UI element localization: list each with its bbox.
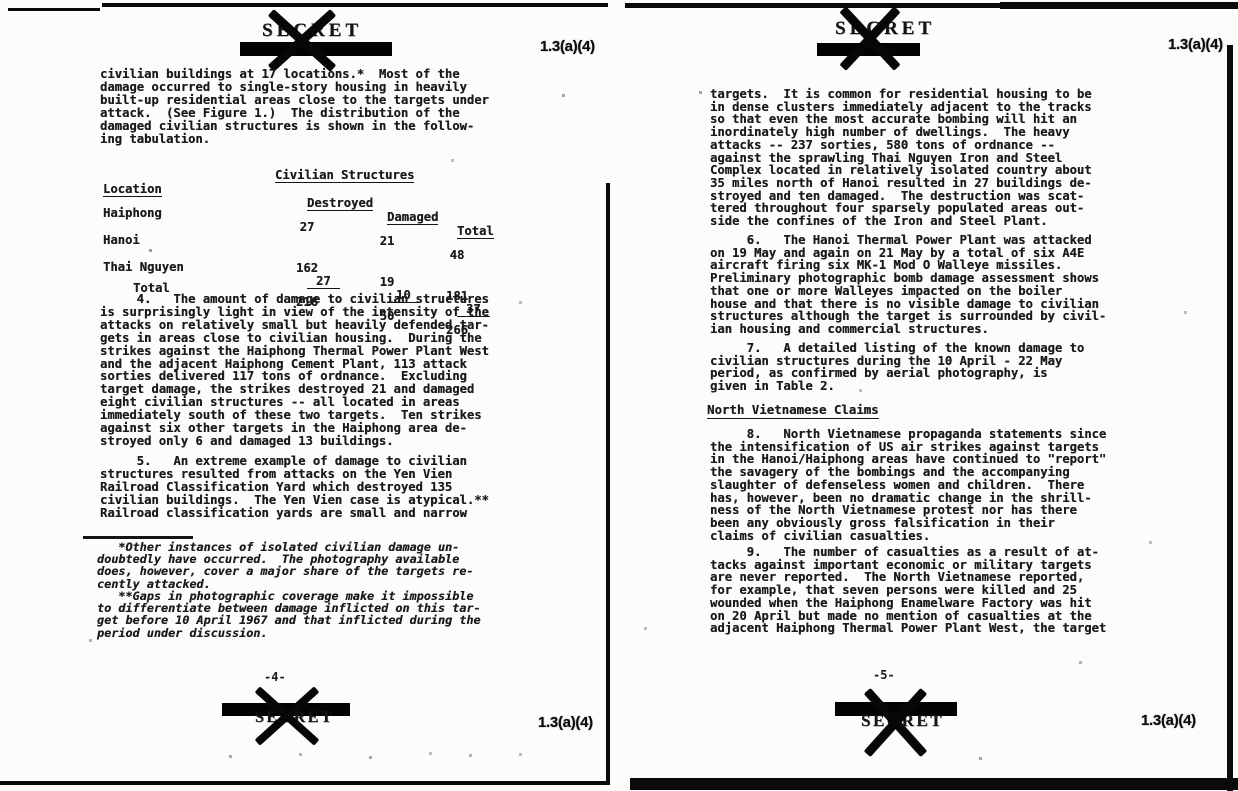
- paragraph-8: 8. North Vietnamese propaganda statement…: [710, 428, 1106, 542]
- table-row: Hanoi 19 162 19 181: [103, 219, 503, 235]
- page-number: -5-: [873, 668, 895, 682]
- secret-stamp: SECRET: [828, 690, 1003, 752]
- classification-mark: 1.3(a)(4): [540, 38, 595, 55]
- scan-edge-top: [102, 3, 608, 7]
- paragraph-5: 5. An extreme example of damage to civil…: [100, 455, 489, 520]
- left-page: SECRET 1.3(a)(4) civilian buildings at 1…: [0, 0, 614, 791]
- table-row: Haiphong 27 21 48: [103, 192, 503, 208]
- scan-edge-right: [1227, 45, 1233, 791]
- paragraph-7: 7. A detailed listing of the known damag…: [710, 342, 1084, 393]
- scan-edge-bottom: [0, 781, 610, 785]
- scan-speckles: [0, 0, 1, 1]
- footnote-1: *Other instances of isolated civilian da…: [97, 541, 473, 590]
- section-heading: North Vietnamese Claims: [707, 402, 879, 419]
- secret-stamp: SECRET: [810, 10, 985, 72]
- table-header-row: Location Destroyed Damaged Total: [103, 168, 503, 184]
- civilian-structures-table: Civilian Structures Location Destroyed D…: [103, 154, 503, 286]
- scan-edge-top: [8, 8, 100, 11]
- footnote-separator: [83, 536, 193, 539]
- classification-mark: 1.3(a)(4): [1141, 712, 1196, 729]
- secret-stamp: SECRET: [230, 12, 405, 74]
- scan-edge-top: [1000, 2, 1238, 9]
- paragraph-6: 6. The Hanoi Thermal Power Plant was att…: [710, 234, 1106, 336]
- classification-mark: 1.3(a)(4): [538, 714, 593, 731]
- footnote-2: **Gaps in photographic coverage make it …: [97, 590, 481, 639]
- table-total-row: Total 216 50 266: [103, 267, 503, 283]
- scan-edge-right: [606, 183, 610, 784]
- secret-stamp: SECRET: [215, 690, 390, 752]
- paragraph-intro: civilian buildings at 17 locations.* Mos…: [100, 68, 489, 145]
- paragraph-4: 4. The amount of damage to civilian stru…: [100, 293, 489, 448]
- document-scan: SECRET 1.3(a)(4) civilian buildings at 1…: [0, 0, 1238, 791]
- paragraph-continuation: targets. It is common for residential ho…: [710, 88, 1092, 228]
- paragraph-9: 9. The number of casualties as a result …: [710, 546, 1106, 635]
- page-number: -4-: [264, 670, 286, 684]
- classification-mark: 1.3(a)(4): [1168, 36, 1223, 53]
- right-page: SECRET 1.3(a)(4) targets. It is common f…: [620, 0, 1238, 791]
- scan-edge-bottom: [630, 778, 1238, 790]
- table-row: Thai Nguyen 27 10 37: [103, 246, 503, 262]
